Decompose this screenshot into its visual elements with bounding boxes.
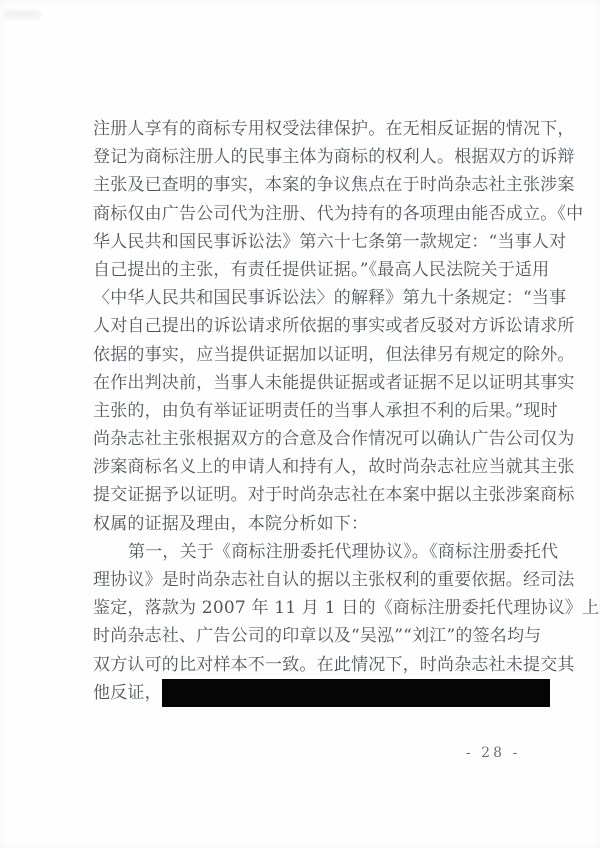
document-page: 注册人享有的商标专用权受法律保护。在无相反证据的情况下，登记为商标注册人的民事主… bbox=[0, 0, 600, 848]
text-line: 人对自己提出的诉讼请求所依据的事实或者反驳对方诉讼请求所 bbox=[93, 312, 511, 340]
text-line: 自己提出的主张，有责任提供证据。”《最高人民法院关于适用 bbox=[93, 256, 511, 284]
line-text: 在作出判决前，当事人未能提供证据或者证据不足以证明其事实 bbox=[93, 373, 575, 393]
line-text: 依据的事实，应当提供证据加以证明，但法律另有规定的除外。 bbox=[93, 345, 575, 365]
text-line: 理协议》是时尚杂志社自认的据以主张权利的重要依据。经司法 bbox=[93, 566, 511, 594]
line-text: 注册人享有的商标专用权受法律保护。在无相反证据的情况下， bbox=[93, 119, 575, 139]
text-line: 双方认可的比对样本不一致。在此情况下，时尚杂志社未提交其 bbox=[93, 651, 511, 679]
text-line: 华人民共和国民事诉讼法》第六十七条第一款规定：“当事人对 bbox=[93, 228, 511, 256]
line-text: 登记为商标注册人的民事主体为商标的权利人。根据双方的诉辩 bbox=[93, 147, 575, 167]
line-text: 尚杂志社主张根据双方的合意及合作情况可以确认广告公司仅为 bbox=[93, 429, 575, 449]
line-text: 人对自己提出的诉讼请求所依据的事实或者反驳对方诉讼请求所 bbox=[93, 316, 575, 336]
text-line: 权属的证据及理由，本院分析如下： bbox=[93, 510, 511, 538]
text-line: 他反证， bbox=[93, 679, 511, 707]
line-text: 涉案商标名义上的申请人和持有人，故时尚杂志社应当就其主张 bbox=[93, 457, 575, 477]
text-line: 注册人享有的商标专用权受法律保护。在无相反证据的情况下， bbox=[93, 115, 511, 143]
text-line: 〈中华人民共和国民事诉讼法〉的解释》第九十条规定：“当事 bbox=[93, 284, 511, 312]
line-text: 主张的，由负有举证证明责任的当事人承担不利的后果。”现时 bbox=[93, 401, 558, 421]
text-line: 商标仅由广告公司代为注册、代为持有的各项理由能否成立。《中 bbox=[93, 200, 511, 228]
text-line: 涉案商标名义上的申请人和持有人，故时尚杂志社应当就其主张 bbox=[93, 453, 511, 481]
scan-artifact bbox=[3, 10, 41, 19]
line-text: 第一，关于《商标注册委托代理协议》。《商标注册委托代 bbox=[128, 542, 558, 562]
line-text: 提交证据予以证明。对于时尚杂志社在本案中据以主张涉案商标 bbox=[93, 485, 575, 505]
text-line: 依据的事实，应当提供证据加以证明，但法律另有规定的除外。 bbox=[93, 341, 511, 369]
line-text: 自己提出的主张，有责任提供证据。”《最高人民法院关于适用 bbox=[93, 260, 549, 280]
line-text: 商标仅由广告公司代为注册、代为持有的各项理由能否成立。《中 bbox=[93, 204, 583, 224]
body-text-block: 注册人享有的商标专用权受法律保护。在无相反证据的情况下，登记为商标注册人的民事主… bbox=[93, 115, 511, 707]
line-text: 时尚杂志社、广告公司的印章以及“吴泓”“刘江”的签名均与 bbox=[93, 626, 541, 646]
line-text: 双方认可的比对样本不一致。在此情况下，时尚杂志社未提交其 bbox=[93, 655, 575, 675]
line-text: 〈中华人民共和国民事诉讼法〉的解释》第九十条规定：“当事 bbox=[93, 288, 566, 308]
text-line: 时尚杂志社、广告公司的印章以及“吴泓”“刘江”的签名均与 bbox=[93, 622, 511, 650]
text-line: 主张及已查明的事实，本案的争议焦点在于时尚杂志社主张涉案 bbox=[93, 171, 511, 199]
text-line: 第一，关于《商标注册委托代理协议》。《商标注册委托代 bbox=[93, 538, 511, 566]
line-text: 鉴定，落款为 2007 年 11 月 1 日的《商标注册委托代理协议》上 bbox=[93, 598, 599, 618]
line-text: 他反证， bbox=[93, 679, 162, 707]
text-line: 主张的，由负有举证证明责任的当事人承担不利的后果。”现时 bbox=[93, 397, 511, 425]
line-text: 权属的证据及理由，本院分析如下： bbox=[93, 514, 368, 534]
text-line: 提交证据予以证明。对于时尚杂志社在本案中据以主张涉案商标 bbox=[93, 481, 511, 509]
text-line: 尚杂志社主张根据双方的合意及合作情况可以确认广告公司仅为 bbox=[93, 425, 511, 453]
text-line: 在作出判决前，当事人未能提供证据或者证据不足以证明其事实 bbox=[93, 369, 511, 397]
page-number: - 28 - bbox=[466, 745, 520, 761]
text-line: 登记为商标注册人的民事主体为商标的权利人。根据双方的诉辩 bbox=[93, 143, 511, 171]
line-text: 华人民共和国民事诉讼法》第六十七条第一款规定：“当事人对 bbox=[93, 232, 566, 252]
line-text: 理协议》是时尚杂志社自认的据以主张权利的重要依据。经司法 bbox=[93, 570, 575, 590]
redaction-bar bbox=[162, 679, 550, 707]
text-line: 鉴定，落款为 2007 年 11 月 1 日的《商标注册委托代理协议》上 bbox=[93, 594, 511, 622]
line-text: 主张及已查明的事实，本案的争议焦点在于时尚杂志社主张涉案 bbox=[93, 175, 575, 195]
